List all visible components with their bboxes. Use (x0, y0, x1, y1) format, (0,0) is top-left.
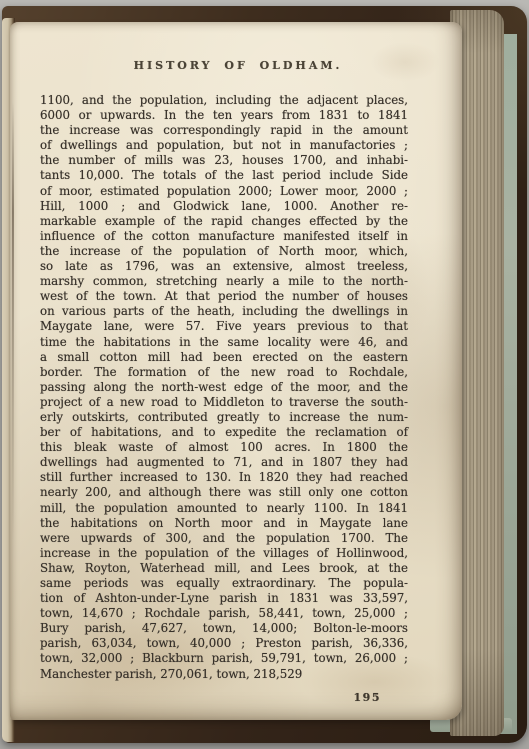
text-line: of moor, estimated population 2000; Lowe… (40, 184, 408, 199)
text-line: same periods was equally extraordinary. … (40, 576, 408, 591)
text-line: of dwellings and population, but not in … (40, 138, 408, 153)
text-line: 6000 or upwards. In the ten years from 1… (40, 108, 408, 123)
text-line: marshy common, stretching nearly a mile … (40, 274, 408, 289)
text-line: tion of Ashton-under-Lyne parish in 1831… (40, 591, 408, 606)
text-line: town, 14,670 ; Rochdale parish, 58,441, … (40, 606, 408, 621)
text-line: a small cotton mill had been erected on … (40, 350, 408, 365)
text-line: time the habitations in the same localit… (40, 335, 408, 350)
text-line: the increase of the population of North … (40, 244, 408, 259)
text-line: mill, the population amounted to nearly … (40, 501, 408, 516)
book-page: HISTORY OF OLDHAM. 1100, and the populat… (10, 22, 462, 720)
text-line: increase in the population of the villag… (40, 546, 408, 561)
text-line: 1100, and the population, including the … (40, 93, 408, 108)
text-line: this bleak waste of almost 100 acres. In… (40, 440, 408, 455)
text-line: the number of mills was 23, houses 1700,… (40, 153, 408, 168)
text-line: the habitations on North moor and in May… (40, 516, 408, 531)
scanned-book-photo: HISTORY OF OLDHAM. 1100, and the populat… (0, 0, 529, 749)
text-line: erly outskirts, contributed greatly to i… (40, 410, 408, 425)
text-line: ber of habitations, and to expedite the … (40, 425, 408, 440)
text-line: so late as 1796, was an extensive, almos… (40, 259, 408, 274)
text-line: nearly 200, and although there was still… (40, 485, 408, 500)
text-line: on various parts of the heath, including… (40, 304, 408, 319)
page-body-text: 1100, and the population, including the … (40, 93, 408, 682)
text-line: dwellings had augmented to 71, and in 18… (40, 455, 408, 470)
text-line: tants 10,000. The totals of the last per… (40, 168, 408, 183)
text-line: project of a new road to Middleton to tr… (40, 395, 408, 410)
text-line: Hill, 1000 ; and Glodwick lane, 1000. An… (40, 199, 408, 214)
text-line: markable example of the rapid changes ef… (40, 214, 408, 229)
running-header: HISTORY OF OLDHAM. (54, 59, 422, 72)
gutter-crease-shadow (12, 102, 14, 542)
text-line: border. The formation of the new road to… (40, 365, 408, 380)
text-line: were upwards of 300, and the population … (40, 531, 408, 546)
text-line: Maygate lane, were 57. Five years previo… (40, 319, 408, 334)
text-line: Bury parish, 47,627, town, 14,000; Bolto… (40, 621, 408, 636)
text-line: west of the town. At that period the num… (40, 289, 408, 304)
text-line: Manchester parish, 270,061, town, 218,52… (40, 667, 408, 682)
page-number: 195 (40, 691, 408, 704)
text-line: still further increased to 130. In 1820 … (40, 470, 408, 485)
text-line: Shaw, Royton, Waterhead mill, and Lees b… (40, 561, 408, 576)
text-line: town, 32,000 ; Blackburn parish, 59,791,… (40, 651, 408, 666)
text-line: passing along the north-west edge of the… (40, 380, 408, 395)
text-line: parish, 63,034, town, 40,000 ; Preston p… (40, 636, 408, 651)
text-line: influence of the cotton manufacture mani… (40, 229, 408, 244)
book-cover: HISTORY OF OLDHAM. 1100, and the populat… (2, 6, 527, 743)
text-line: the increase was correspondingly rapid i… (40, 123, 408, 138)
